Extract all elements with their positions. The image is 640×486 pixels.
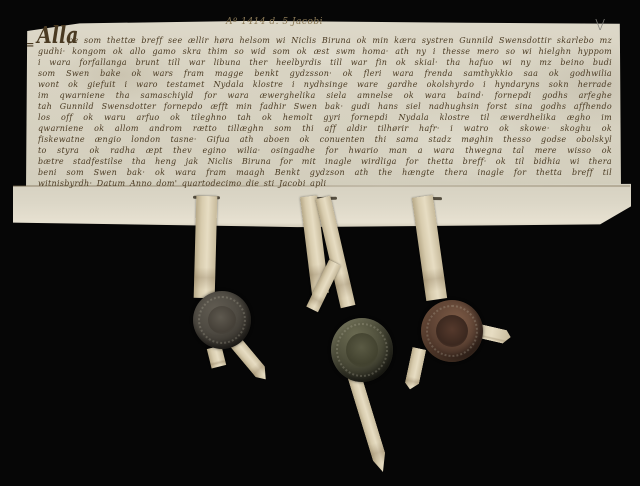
manuscript-line: witnisbyrdh· Datum Anno dom' quartodecim… [38,179,612,190]
manuscript-line: to styra ok radha æpt thev egino wilia· … [38,146,612,157]
manuscript-line: qwarniene ok allom androm rætto tillæghn… [38,124,612,135]
manuscript-line: þe som thettæ breff see ællir høra helso… [68,36,612,47]
manuscript-line: los off ok waru arfuo ok tileghno tah ok… [38,113,612,124]
wax-seal-center [331,318,393,382]
corner-letter-mark: V [595,18,605,33]
seal-center-device [436,315,468,347]
wax-seal-right [421,300,483,362]
margin-mark: = [26,41,34,51]
text-lines: þe som thettæ breff see ællir høra helso… [38,36,612,190]
photograph-of-charter: Aº 1414 d. 5 Jacobi V = Alla þe som thet… [0,0,640,486]
archival-date-annotation: Aº 1414 d. 5 Jacobi [226,16,323,28]
manuscript-line: tah Gunnild Swensdotter fornepdo æfft mi… [38,102,612,113]
wax-seal-left [193,291,251,349]
manuscript-line: fiskewatne ængio london tasne· Gifua ath… [38,135,612,146]
seal-center-device [208,306,236,334]
manuscript-line: wont ok giefuit i waro testamet Nydala k… [38,80,612,91]
manuscript-line: bætre stadfestilse tha heng jak Niclis B… [38,157,612,168]
manuscript-line: som Swen bake ok wars fram magge benkt g… [38,69,612,80]
manuscript-line: beni som Swen bak· ok wara fram maagh Be… [38,168,612,179]
seal-tag-left-upper [194,196,218,299]
seal-tag-right-stub [404,347,426,391]
seal-center-device [346,333,378,367]
manuscript-line: im qwarniene tha samaschiyld for wara æw… [38,91,612,102]
manuscript-line: i wara forfallanga brunt till war libuna… [38,58,612,69]
manuscript-line: gudhi· kongom ok allo gamo skra thim so … [38,47,612,58]
seal-tag-center-end [348,374,391,474]
